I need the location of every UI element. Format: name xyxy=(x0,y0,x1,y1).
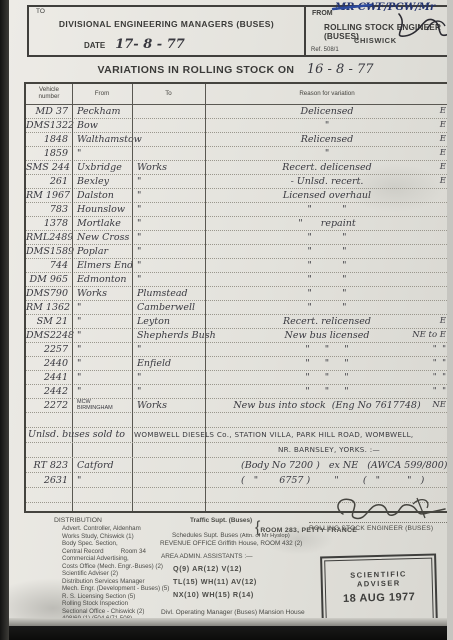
date-label: DATE xyxy=(84,41,105,50)
reason-text: " " xyxy=(308,274,347,285)
reason-text: " xyxy=(325,120,329,131)
vehicle-number: 2257 xyxy=(26,344,72,355)
reason-text: " " xyxy=(308,288,347,299)
to-garage: Camberwell xyxy=(132,302,205,313)
to-garage: " xyxy=(132,246,205,257)
from-box: FROM ROLLING STOCK ENGINEER (BUSES) CHIS… xyxy=(306,7,449,55)
reason-text: " " xyxy=(308,246,347,257)
to-garage: " xyxy=(132,344,205,355)
distribution-line: Works Study, Chiswick (1) xyxy=(62,533,169,541)
area-code-lines: Q(9) AR(12) V(12) TL(15) WH(11) AV(12) N… xyxy=(161,564,257,599)
stamp-inner: SCIENTIFIC ADVISER 18 AUG 1977 xyxy=(324,558,434,625)
area-code-line: TL(15) WH(11) AV(12) xyxy=(173,577,257,586)
scan-left-strip xyxy=(0,0,9,640)
col-header-from: From xyxy=(72,91,132,98)
table-row: RM 1362 " Camberwell " " xyxy=(26,301,449,315)
to-box: TO DIVISIONAL ENGINEERING MANAGERS (BUSE… xyxy=(29,7,306,55)
distribution-list: DISTRIBUTION Advert. Controller, Aldenha… xyxy=(54,517,169,623)
licence-flag: E xyxy=(440,148,446,158)
from-garage: " xyxy=(72,372,132,383)
to-garage: " xyxy=(132,190,205,201)
vehicle-number: DM 965 xyxy=(26,274,72,285)
vehicle-number: 744 xyxy=(26,260,72,271)
to-garage: " xyxy=(132,386,205,397)
vehicle-number: SM 21 xyxy=(26,316,72,327)
to-garage: Leyton xyxy=(132,316,205,327)
licence-flag: E xyxy=(440,134,446,144)
reason-cell: DelicensedE xyxy=(205,106,449,117)
table-row: RM 1967 Dalston " Licensed overhaul xyxy=(26,189,449,203)
from-garage: Edmonton xyxy=(72,274,132,285)
title-date: 16 - 8 - 77 xyxy=(307,62,374,77)
sold-note-line2: NR. BARNSLEY, YORKS. :— xyxy=(278,445,380,454)
vehicle-number: 1859 xyxy=(26,148,72,159)
reason-cell: (Body No 7200 ) ex NE (AWCA 599/800) xyxy=(205,460,449,471)
from-garage: Hounslow xyxy=(72,204,132,215)
area-code-line: NX(10) WH(15) R(14) xyxy=(173,590,257,599)
reason-text: (Body No 7200 ) ex NE (AWCA 599/800) xyxy=(241,460,447,471)
col-header-to: To xyxy=(132,91,205,98)
reason-text: Recert. delicensed xyxy=(282,162,372,173)
title-label: VARIATIONS IN ROLLING STOCK ON xyxy=(97,64,294,76)
from-garage: Dalston xyxy=(72,190,132,201)
licence-flag: NE to E xyxy=(412,330,446,340)
table-rows: MD 37 Peckham DelicensedE DMS1322 Bow "E xyxy=(26,105,449,413)
variations-table: Vehicle number From To Reason for variat… xyxy=(24,82,451,513)
table-row: SMS 244 Uxbridge Works Recert. delicense… xyxy=(26,161,449,175)
vehicle-number: RT 823 xyxy=(26,460,72,471)
from-garage: " xyxy=(72,316,132,327)
reason-cell: " " xyxy=(205,232,449,243)
reason-cell: "E xyxy=(205,148,449,159)
reason-cell: " repaint xyxy=(205,218,449,229)
to-garage: " xyxy=(132,204,205,215)
reason-cell: " " xyxy=(205,260,449,271)
reason-cell: " " "" " xyxy=(205,372,449,383)
scan-bottom-strip xyxy=(0,626,453,640)
to-label: TO xyxy=(36,8,45,15)
area-title: AREA ADMIN. ASSISTANTS :— xyxy=(161,553,257,560)
table-row: RT 823 Catford (Body No 7200 ) ex NE (AW… xyxy=(26,458,449,473)
table-row: 1378 Mortlake " " repaint xyxy=(26,217,449,231)
reason-text: " " xyxy=(308,204,347,215)
to-garage: " xyxy=(132,176,205,187)
table-row: 783 Hounslow " " " xyxy=(26,203,449,217)
table-header-row: Vehicle number From To Reason for variat… xyxy=(26,84,449,105)
reason-cell: " " xyxy=(205,302,449,313)
from-garage: Bow xyxy=(72,120,132,131)
vehicle-number: RM 1362 xyxy=(26,302,72,313)
table-row: 261 Bexley " - Unlsd. recert.E xyxy=(26,175,449,189)
empty-row xyxy=(26,413,449,428)
distribution-line: Commercial Advertising, xyxy=(62,555,169,563)
table-row: SM 21 " Leyton Recert. relicensedE xyxy=(26,315,449,329)
from-garage: " xyxy=(72,344,132,355)
vehicle-number: 2442 xyxy=(26,386,72,397)
revenue-office: REVENUE OFFICE Griffith House, ROOM 432 … xyxy=(160,540,302,547)
to-garage: Enfield xyxy=(132,358,205,369)
distribution-line: Sectional Office - Chiswick (2) xyxy=(62,608,169,616)
to-garage: Works xyxy=(132,400,205,411)
reason-cell: "E xyxy=(205,120,449,131)
from-garage: " xyxy=(72,330,132,341)
reason-cell: New bus licensedNE to E xyxy=(205,330,449,341)
reason-text: " repaint xyxy=(298,218,355,229)
table-row: DM 965 Edmonton " " " xyxy=(26,273,449,287)
vehicle-number: DMS2248 xyxy=(26,330,72,341)
vehicle-number: 783 xyxy=(26,204,72,215)
table-row: DMS1589 Poplar " " " xyxy=(26,245,449,259)
to-garage: " xyxy=(132,232,205,243)
reason-cell: New bus into stock (Eng No 7617748)NE xyxy=(205,400,449,411)
reason-cell: " " xyxy=(205,288,449,299)
from-garage: Peckham xyxy=(72,106,132,117)
licence-flag: " " xyxy=(433,358,446,368)
reason-text: " " " xyxy=(305,386,348,397)
distribution-line: Distribution Services Manager xyxy=(62,578,169,586)
from-garage: Elmers End xyxy=(72,260,132,271)
area-admin-assistants: AREA ADMIN. ASSISTANTS :— Q(9) AR(12) V(… xyxy=(161,553,257,599)
from-garage: " xyxy=(72,148,132,159)
table-row: DMS1322 Bow "E xyxy=(26,119,449,133)
vehicle-number: RM 1967 xyxy=(26,190,72,201)
page-title: VARIATIONS IN ROLLING STOCK ON 16 - 8 - … xyxy=(9,60,453,78)
distribution-lines: Advert. Controller, Aldenham Works Study… xyxy=(54,525,169,623)
from-garage: " xyxy=(72,358,132,369)
signature-label: ROLLING STOCK ENGINEER (BUSES) xyxy=(309,525,453,532)
distribution-line: Costs Office (Mech. Engr.-Buses) (2) xyxy=(62,563,169,571)
licence-flag: NE xyxy=(432,400,446,410)
from-garage: Uxbridge xyxy=(72,162,132,173)
licence-flag: E xyxy=(440,176,446,186)
reason-cell: " " xyxy=(205,274,449,285)
reason-cell: Licensed overhaul xyxy=(205,190,449,201)
table-row: DMS2248 " Shepherds Bush New bus license… xyxy=(26,329,449,343)
table-row: 744 Elmers End " " " xyxy=(26,259,449,273)
vehicle-number: 2272 xyxy=(26,400,72,411)
reason-text: Delicensed xyxy=(301,106,354,117)
from-garage: MCW BIRMINGHAM xyxy=(72,400,132,411)
vehicle-number: DMS1322 xyxy=(26,120,72,131)
reason-cell: Recert. delicensedE xyxy=(205,162,449,173)
distribution-line: R. S. Licensing Section (5) xyxy=(62,593,169,601)
reason-text: " " " xyxy=(305,358,348,369)
from-garage: Bexley xyxy=(72,176,132,187)
col-header-reason: Reason for variation xyxy=(205,91,449,98)
vehicle-number: MD 37 xyxy=(26,106,72,117)
reason-text: " xyxy=(325,148,329,159)
vehicle-number: 2441 xyxy=(26,372,72,383)
vehicle-number: DMS790 xyxy=(26,288,72,299)
reason-cell: " " xyxy=(205,246,449,257)
table-row: MD 37 Peckham DelicensedE xyxy=(26,105,449,119)
reason-text: Recert. relicensed xyxy=(283,316,371,327)
distribution-line: Rolling Stock Inspection xyxy=(62,600,169,608)
licence-flag: " " xyxy=(433,372,446,382)
date-line: DATE17- 8 - 77 xyxy=(84,37,185,52)
table-row: 2441 " " " " "" " xyxy=(26,371,449,385)
signature-scrawl-icon xyxy=(329,492,449,526)
reason-text: " " xyxy=(308,260,347,271)
reason-text: " " xyxy=(308,302,347,313)
reason-cell: - Unlsd. recert.E xyxy=(205,176,449,187)
table-row: 2440 " Enfield " " "" " xyxy=(26,357,449,371)
reason-text: New bus licensed xyxy=(285,330,370,341)
to-value: DIVISIONAL ENGINEERING MANAGERS (BUSES) xyxy=(29,19,304,29)
from-garage: Works xyxy=(72,288,132,299)
sold-note-lead: Unlsd. buses sold to xyxy=(28,429,125,440)
licence-flag: E xyxy=(440,316,446,326)
scan-right-strip xyxy=(447,0,453,640)
ref-number: Ref. 508/1 xyxy=(311,47,339,53)
sold-note-row-2: NR. BARNSLEY, YORKS. :— xyxy=(26,443,449,458)
reason-text: ( " 6757 ) " ( " " ) xyxy=(241,475,424,486)
table-row: 1859 " "E xyxy=(26,147,449,161)
sold-note-line1: WOMBWELL DIESELS Co., STATION VILLA, PAR… xyxy=(134,430,413,439)
licence-flag: E xyxy=(440,162,446,172)
reason-cell: " " "" " xyxy=(205,358,449,369)
from-garage: Poplar xyxy=(72,246,132,257)
to-garage: Shepherds Bush xyxy=(132,330,205,341)
schedules-text: Schedules Supt. Buses xyxy=(172,532,238,539)
header-box: TO DIVISIONAL ENGINEERING MANAGERS (BUSE… xyxy=(27,5,451,57)
col-header-vehicle: Vehicle number xyxy=(26,87,72,101)
vehicle-number: SMS 244 xyxy=(26,162,72,173)
stamp-date: 18 AUG 1977 xyxy=(326,591,432,606)
reason-cell: " " "" " xyxy=(205,344,449,355)
distribution-title: DISTRIBUTION xyxy=(54,517,169,524)
to-garage: " xyxy=(132,372,205,383)
distribution-line: Scientific Adviser (2) xyxy=(62,570,169,578)
reason-cell: Recert. relicensedE xyxy=(205,316,449,327)
vehicle-number: 1378 xyxy=(26,218,72,229)
reason-cell: ( " 6757 ) " ( " " ) xyxy=(205,475,449,486)
reason-cell: " " "" " xyxy=(205,386,449,397)
reason-text: " " xyxy=(308,232,347,243)
reason-text: - Unlsd. recert. xyxy=(291,176,364,187)
stamp-line2: ADVISER xyxy=(326,578,432,590)
vehicle-number: 261 xyxy=(26,176,72,187)
vehicle-number: 2440 xyxy=(26,358,72,369)
to-garage: Works xyxy=(132,162,205,173)
table-row: 2631 " ( " 6757 ) " ( " " ) xyxy=(26,473,449,488)
licence-flag: E xyxy=(440,106,446,116)
table-row: 1848 Walthamstow RelicensedE xyxy=(26,133,449,147)
from-label: FROM xyxy=(312,10,333,17)
from-garage: Catford xyxy=(72,460,132,471)
table-row: DMS790 Works Plumstead " " xyxy=(26,287,449,301)
table-row: RML2489 New Cross " " " xyxy=(26,231,449,245)
vehicle-number: 2631 xyxy=(26,475,72,486)
from-garage: New Cross xyxy=(72,232,132,243)
operating-manager-line: Divl. Operating Manager (Buses) Mansion … xyxy=(161,609,305,616)
distribution-line: Central Record Room 34 xyxy=(62,548,169,556)
licence-flag: " " xyxy=(433,344,446,354)
reason-cell: RelicensedE xyxy=(205,134,449,145)
reason-text: New bus into stock (Eng No 7617748) xyxy=(233,400,420,411)
table-row: 2272 MCW BIRMINGHAM Works New bus into s… xyxy=(26,399,449,413)
reason-cell: " " xyxy=(205,204,449,215)
licence-flag: E xyxy=(440,120,446,130)
sold-note-row-1: Unlsd. buses sold to WOMBWELL DIESELS Co… xyxy=(26,428,449,443)
date-value: 17- 8 - 77 xyxy=(115,37,185,52)
distribution-line: Mech. Engr. (Development - Buses) (5) xyxy=(62,585,169,593)
paper-sheet: TO DIVISIONAL ENGINEERING MANAGERS (BUSE… xyxy=(9,0,447,627)
to-garage: " xyxy=(132,274,205,285)
from-location: CHISWICK xyxy=(354,36,397,45)
reason-text: " " " xyxy=(305,372,348,383)
reason-text: Relicensed xyxy=(301,134,354,145)
to-garage: " xyxy=(132,218,205,229)
from-garage: " xyxy=(72,302,132,313)
from-garage: Mortlake xyxy=(72,218,132,229)
from-garage: " xyxy=(72,475,132,486)
reason-text: " " " xyxy=(305,344,348,355)
distribution-line: Advert. Controller, Aldenham xyxy=(62,525,169,533)
from-garage: " xyxy=(72,386,132,397)
table-row: 2257 " " " " "" " xyxy=(26,343,449,357)
distribution-line: Body Spec. Section, xyxy=(62,540,169,548)
reason-text: Licensed overhaul xyxy=(283,190,371,201)
to-garage: Plumstead xyxy=(132,288,205,299)
table-row: 2442 " " " " "" " xyxy=(26,385,449,399)
area-code-line: Q(9) AR(12) V(12) xyxy=(173,564,257,573)
vehicle-number: DMS1589 xyxy=(26,246,72,257)
sold-rows: RT 823 Catford (Body No 7200 ) ex NE (AW… xyxy=(26,458,449,488)
scanned-document: TO DIVISIONAL ENGINEERING MANAGERS (BUSE… xyxy=(0,0,453,640)
vehicle-number: RML2489 xyxy=(26,232,72,243)
licence-flag: " " xyxy=(433,386,446,396)
to-garage: " xyxy=(132,260,205,271)
from-garage: Walthamstow xyxy=(72,134,132,145)
signature-block: ROLLING STOCK ENGINEER (BUSES) xyxy=(309,496,453,532)
vehicle-number: 1848 xyxy=(26,134,72,145)
